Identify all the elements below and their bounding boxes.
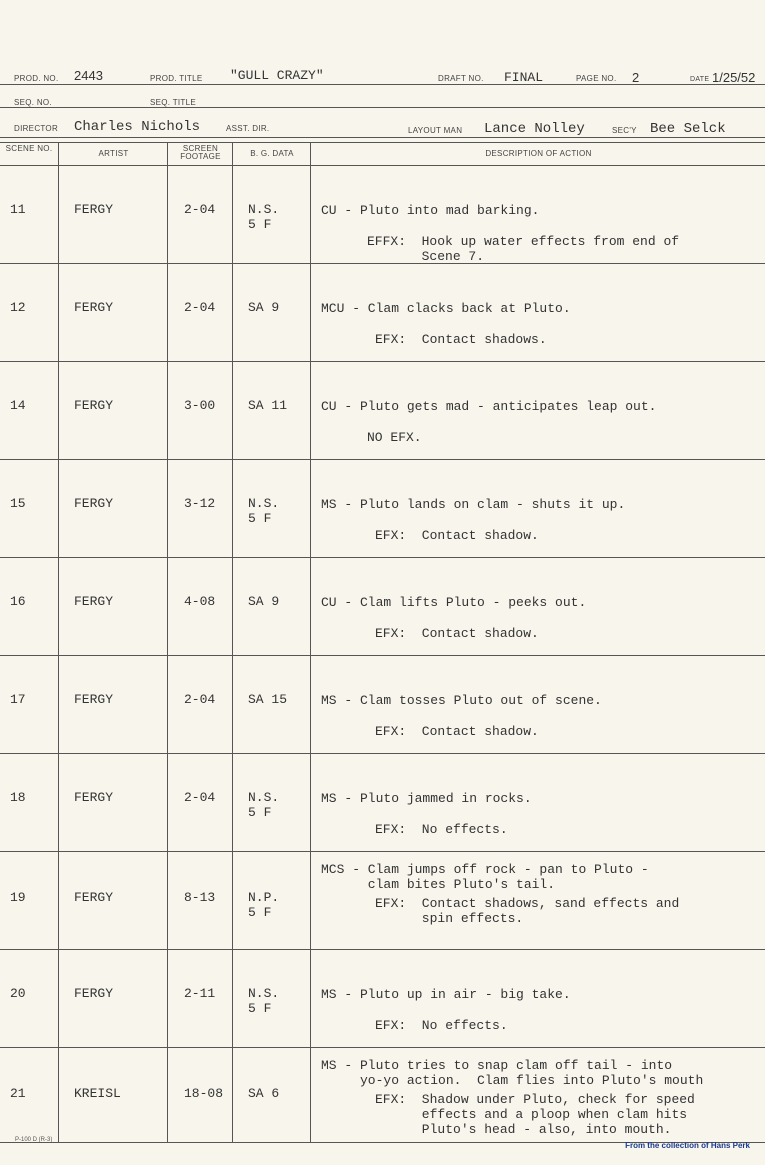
screen-footage: 2-04 bbox=[184, 692, 215, 707]
artist-name: FERGY bbox=[74, 300, 113, 315]
draft-no-label: Draft No. bbox=[438, 74, 484, 83]
prod-title: "GULL CRAZY" bbox=[230, 68, 324, 83]
screen-footage: 2-11 bbox=[184, 986, 215, 1001]
effects-note: EFX: Contact shadows, sand effects and s… bbox=[375, 896, 679, 926]
director: Charles Nichols bbox=[74, 119, 200, 135]
screen-footage: 3-00 bbox=[184, 398, 215, 413]
table-row: 16FERGY4-08SA 9CU - Clam lifts Pluto - p… bbox=[0, 558, 765, 656]
bg-data: SA 15 bbox=[248, 692, 287, 707]
collection-credit: From the collection of Hans Perk bbox=[625, 1141, 750, 1150]
layout-man: Lance Nolley bbox=[484, 121, 585, 137]
bg-data: N.P. 5 F bbox=[248, 890, 279, 920]
effects-note: EFX: No effects. bbox=[375, 822, 508, 837]
col-bg-data: B. G. Data bbox=[233, 143, 311, 158]
director-label: Director bbox=[14, 124, 58, 133]
page-no-label: Page No. bbox=[576, 74, 616, 83]
artist-name: FERGY bbox=[74, 496, 113, 511]
screen-footage: 4-08 bbox=[184, 594, 215, 609]
screen-footage: 18-08 bbox=[184, 1086, 223, 1101]
action-description: CU - Pluto gets mad - anticipates leap o… bbox=[321, 399, 656, 414]
scene-number: 20 bbox=[10, 986, 26, 1001]
scene-number: 15 bbox=[10, 496, 26, 511]
scene-number: 11 bbox=[10, 202, 26, 217]
table-row: 19FERGY8-13N.P. 5 FMCS - Clam jumps off … bbox=[0, 852, 765, 950]
form-number: P-100 D (R-3) bbox=[15, 1137, 52, 1143]
asst-dir-label: Asst. Dir. bbox=[226, 124, 269, 133]
table-row: 18FERGY2-04N.S. 5 FMS - Pluto jammed in … bbox=[0, 754, 765, 852]
col-screen-footage: Screen Footage bbox=[168, 143, 233, 161]
artist-name: FERGY bbox=[74, 890, 113, 905]
prod-no-label: Prod. No. bbox=[14, 74, 58, 83]
col-description: Description of Action bbox=[311, 143, 765, 158]
effects-note: EFX: Contact shadow. bbox=[375, 724, 539, 739]
action-description: CU - Pluto into mad barking. bbox=[321, 203, 539, 218]
scene-table: Scene No. Artist Screen Footage B. G. Da… bbox=[0, 142, 765, 1143]
col-scene-no: Scene No. bbox=[0, 143, 58, 153]
action-description: MCU - Clam clacks back at Pluto. bbox=[321, 301, 571, 316]
scene-number: 12 bbox=[10, 300, 26, 315]
effects-note: EFX: No effects. bbox=[375, 1018, 508, 1033]
table-row: 21KREISL18-08SA 6MS - Pluto tries to sna… bbox=[0, 1048, 765, 1143]
bg-data: N.S. 5 F bbox=[248, 496, 279, 526]
table-row: 15FERGY3-12N.S. 5 FMS - Pluto lands on c… bbox=[0, 460, 765, 558]
scene-number: 14 bbox=[10, 398, 26, 413]
screen-footage: 3-12 bbox=[184, 496, 215, 511]
action-description: MS - Pluto lands on clam - shuts it up. bbox=[321, 497, 625, 512]
date-label: Date bbox=[690, 76, 709, 83]
action-description: CU - Clam lifts Pluto - peeks out. bbox=[321, 595, 586, 610]
bg-data: N.S. 5 F bbox=[248, 202, 279, 232]
table-row: 12FERGY2-04SA 9MCU - Clam clacks back at… bbox=[0, 264, 765, 362]
draft-no: FINAL bbox=[504, 70, 543, 85]
screen-footage: 2-04 bbox=[184, 300, 215, 315]
action-description: MS - Clam tosses Pluto out of scene. bbox=[321, 693, 602, 708]
artist-name: FERGY bbox=[74, 790, 113, 805]
bg-data: SA 9 bbox=[248, 594, 279, 609]
seq-no-label: Seq. No. bbox=[14, 98, 52, 107]
page-no: 2 bbox=[632, 70, 639, 85]
scene-number: 17 bbox=[10, 692, 26, 707]
scene-number: 21 bbox=[10, 1086, 26, 1101]
bg-data: N.S. 5 F bbox=[248, 986, 279, 1016]
table-row: 20FERGY2-11N.S. 5 FMS - Pluto up in air … bbox=[0, 950, 765, 1048]
prod-no: 2443 bbox=[74, 68, 103, 83]
bg-data: SA 9 bbox=[248, 300, 279, 315]
bg-data: SA 6 bbox=[248, 1086, 279, 1101]
secy-label: Sec'y bbox=[612, 126, 637, 135]
action-description: MCS - Clam jumps off rock - pan to Pluto… bbox=[321, 862, 649, 892]
artist-name: FERGY bbox=[74, 594, 113, 609]
date: 1/25/52 bbox=[712, 70, 755, 85]
seq-title-label: Seq. Title bbox=[150, 98, 196, 107]
scene-number: 19 bbox=[10, 890, 26, 905]
action-description: MS - Pluto jammed in rocks. bbox=[321, 791, 532, 806]
bg-data: SA 11 bbox=[248, 398, 287, 413]
table-header: Scene No. Artist Screen Footage B. G. Da… bbox=[0, 142, 765, 166]
secy: Bee Selck bbox=[650, 121, 726, 137]
artist-name: FERGY bbox=[74, 398, 113, 413]
artist-name: KREISL bbox=[74, 1086, 121, 1101]
effects-note: EFX: Contact shadow. bbox=[375, 626, 539, 641]
bg-data: N.S. 5 F bbox=[248, 790, 279, 820]
scene-number: 18 bbox=[10, 790, 26, 805]
scene-number: 16 bbox=[10, 594, 26, 609]
effects-note: EFX: Contact shadows. bbox=[375, 332, 547, 347]
prod-title-label: Prod. Title bbox=[150, 74, 203, 83]
col-artist: Artist bbox=[59, 143, 168, 158]
artist-name: FERGY bbox=[74, 202, 113, 217]
action-description: MS - Pluto up in air - big take. bbox=[321, 987, 571, 1002]
effects-note: EFX: Contact shadow. bbox=[375, 528, 539, 543]
table-row: 17FERGY2-04SA 15MS - Clam tosses Pluto o… bbox=[0, 656, 765, 754]
table-row: 11FERGY2-04N.S. 5 FCU - Pluto into mad b… bbox=[0, 166, 765, 264]
effects-note: EFX: Shadow under Pluto, check for speed… bbox=[375, 1092, 695, 1137]
layout-man-label: Layout Man bbox=[408, 126, 462, 135]
effects-note: NO EFX. bbox=[367, 430, 422, 445]
screen-footage: 2-04 bbox=[184, 790, 215, 805]
screen-footage: 2-04 bbox=[184, 202, 215, 217]
effects-note: EFFX: Hook up water effects from end of … bbox=[367, 234, 679, 264]
table-row: 14FERGY3-00SA 11CU - Pluto gets mad - an… bbox=[0, 362, 765, 460]
artist-name: FERGY bbox=[74, 692, 113, 707]
action-description: MS - Pluto tries to snap clam off tail -… bbox=[321, 1058, 703, 1088]
artist-name: FERGY bbox=[74, 986, 113, 1001]
screen-footage: 8-13 bbox=[184, 890, 215, 905]
